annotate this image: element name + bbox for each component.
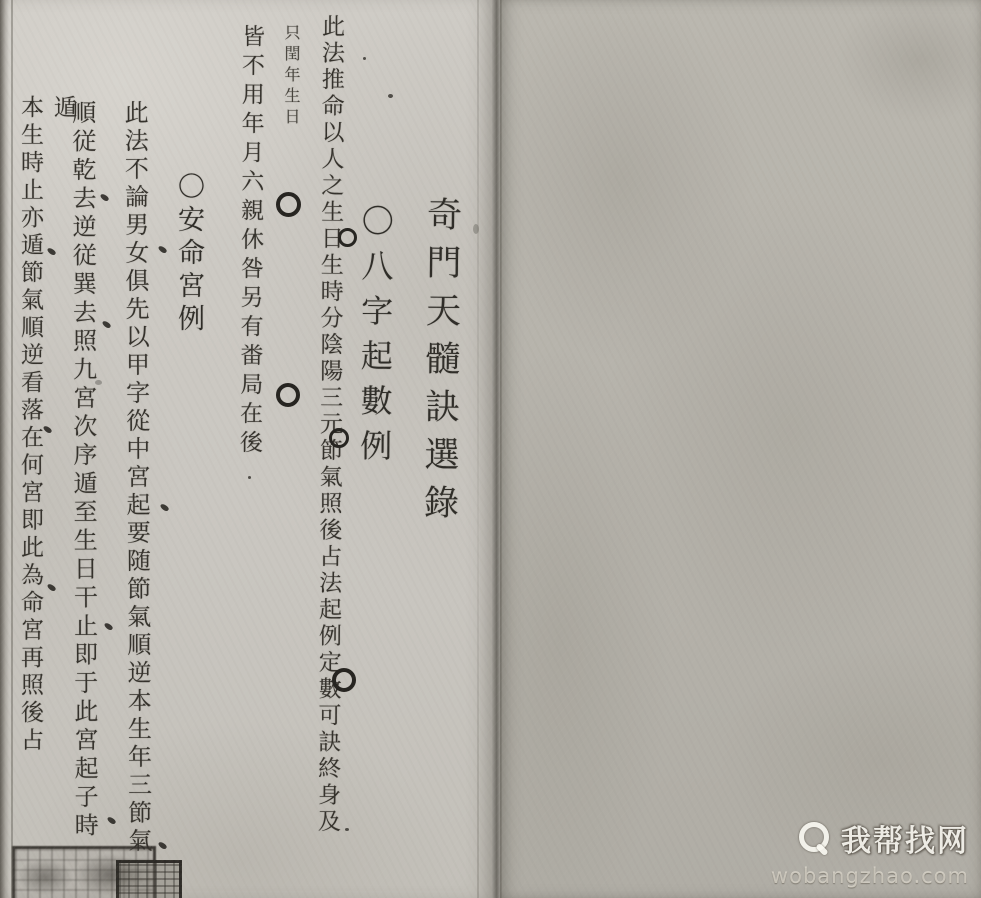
left-text-page: 奇門天髓訣選錄 〇八字起數例 此法推命以人之生日生時分陰陽三元節氣照後占法起例定… <box>0 0 492 898</box>
reading-circle <box>338 228 357 247</box>
ink-tick <box>99 193 109 202</box>
library-stamp-small <box>116 860 182 898</box>
reading-circle <box>329 428 349 448</box>
manuscript-scan: 奇門天髓訣選錄 〇八字起數例 此法推命以人之生日生時分陰陽三元節氣照後占法起例定… <box>0 0 981 898</box>
ink-speck <box>345 828 349 831</box>
ink-tick <box>157 841 167 850</box>
marginal-note-column: 只閏年生日 <box>280 24 303 129</box>
body-column-2: 皆不用年月六親休咎另有畨局在後 <box>233 24 268 459</box>
edge-line <box>11 0 13 898</box>
watermark-domain: wobangzhao.com <box>771 864 969 888</box>
ink-tick <box>101 320 111 329</box>
site-watermark: 我帮找网 wobangzhao.com <box>771 816 969 888</box>
right-blank-page <box>500 0 981 898</box>
body-column-3: 此法不論男女俱先以甲字從中宮起要随節氣順逆本生年三節氣 <box>117 100 156 856</box>
book-title-column: 奇門天髓訣選錄 <box>413 196 467 533</box>
section-header-bazi: 〇八字起數例 <box>351 204 399 474</box>
ink-speck <box>363 57 366 60</box>
reading-circle <box>332 668 356 692</box>
ink-tick <box>103 622 113 631</box>
page-crease <box>477 0 479 898</box>
binding-edge <box>0 0 9 898</box>
ink-speck <box>248 476 251 479</box>
body-column-5-main: 本生時止亦遁節氣順逆看落在何宮即此為命宮再照後占 <box>17 95 43 755</box>
reading-circle <box>276 383 300 407</box>
section-header-anming: 〇安命宮例 <box>169 172 208 337</box>
body-column-1: 此法推命以人之生日生時分陰陽三元節氣照後占法起例定數可訣終身及 <box>311 14 348 836</box>
magnifier-icon <box>797 821 831 855</box>
ink-tick <box>157 245 167 254</box>
reading-circle <box>276 192 301 217</box>
watermark-brand: 我帮找网 <box>841 816 969 860</box>
ink-speck <box>95 380 102 385</box>
ink-tick <box>106 816 116 825</box>
body-column-5-lead: 遁 <box>47 95 80 703</box>
body-column-5: 遁本生時止亦遁節氣順逆看落在何宮即此為命宮再照後占 <box>14 95 80 755</box>
ink-speck <box>388 94 393 98</box>
ink-tick <box>159 503 169 512</box>
